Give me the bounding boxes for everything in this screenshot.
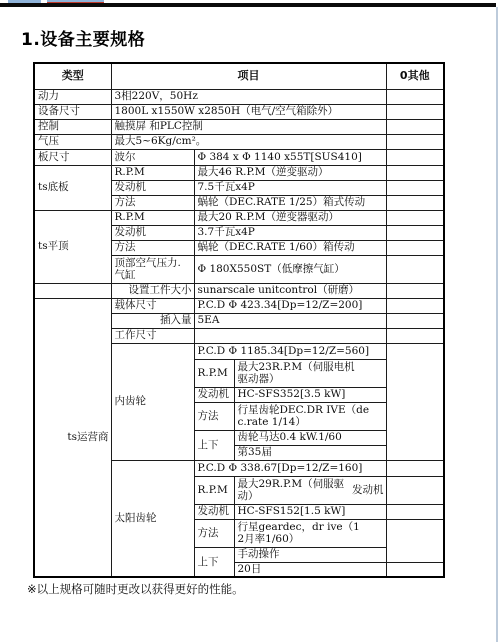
spec-cell: 最大20 R.P.M（逆变器驱动） [194, 210, 386, 225]
other-cell [386, 195, 444, 210]
spec-cell: 蜗轮（DEC.RATE 1/25）箱式传动 [194, 195, 386, 210]
spec-cell: 20日 [234, 562, 386, 577]
other-cell [386, 313, 444, 328]
spec-cell: 最大23R.P.M（伺服电机 驱动器） [234, 359, 386, 387]
table-row: 设置工件大小sunarscale unitcontrol（研磨） [34, 283, 444, 298]
spec-cell: 最大29R.P.M（伺服驱 动）发动机 [234, 476, 386, 504]
other-cell [386, 504, 444, 519]
spec-cell: 发动机 [111, 225, 194, 240]
other-cell [386, 240, 444, 255]
spec-cell: 方法 [194, 519, 234, 547]
row-label: 控制 [34, 119, 111, 134]
other-cell [386, 460, 444, 476]
spec-table: 类型项目0其他动力3相220V，50Hz设备尺寸1800L x1550W x28… [33, 62, 445, 578]
spec-cell: 发动机 [194, 387, 234, 402]
spec-cell: HC-SFS152[1.5 kW] [234, 504, 386, 519]
group-label: ts平顶 [34, 210, 111, 283]
spec-cell: 5EA [194, 313, 386, 328]
table-row: 气压最大5~6Kg/cm²。 [34, 134, 444, 149]
table-row: 板尺寸波尔Φ 384 x Φ 1140 x55T[SUS410] [34, 149, 444, 165]
spec-cell: 最大46 R.P.M（逆变驱动） [194, 165, 386, 180]
other-cell [386, 119, 444, 134]
table-row: ts底板R.P.M最大46 R.P.M（逆变驱动） [34, 165, 444, 180]
page-title: 1.设备主要规格 [21, 25, 145, 50]
spec-cell: 上下 [194, 547, 234, 577]
other-cell [386, 210, 444, 225]
spec-cell: R.P.M [111, 165, 194, 180]
spec-cell: 齿轮马达0.4 kW.1/60 [234, 430, 386, 445]
row-label: 设备尺寸 [34, 104, 111, 119]
spec-cell: P.C.D Φ 1185.34[Dp=12/Z=560] [194, 343, 386, 359]
group-label: 太阳齿轮 [111, 460, 194, 577]
spec-cell: 波尔 [111, 149, 194, 165]
spec-cell: 手动操作 [234, 547, 386, 562]
spec-cell: 行星齿轮DEC.DR IVE（de c.rate 1/14） [234, 402, 386, 430]
other-cell [386, 343, 444, 460]
spec-cell: 最大5~6Kg/cm²。 [111, 134, 386, 149]
spec-cell: R.P.M [194, 476, 234, 504]
cell-side-text: 发动机 [352, 484, 384, 496]
spec-cell [34, 283, 111, 298]
table-row: ts运营商载体尺寸P.C.D Φ 423.34[Dp=12/Z=200] [34, 298, 444, 313]
spec-cell: 载体尺寸 [111, 298, 194, 313]
other-cell [386, 165, 444, 180]
spec-cell: Φ 180X550ST（低摩擦气缸） [194, 255, 386, 283]
row-label: 设置工件大小 [111, 283, 194, 298]
column-header: 类型 [34, 63, 111, 89]
spec-cell: 行星geardec，dr ive（1 2月率1/60） [234, 519, 386, 547]
spec-cell: R.P.M [111, 210, 194, 225]
spec-cell: 工作尺寸 [111, 328, 194, 343]
column-header: 项目 [111, 63, 386, 89]
top-divider-bar [0, 3, 496, 7]
spec-cell: HC-SFS352[3.5 kW] [234, 387, 386, 402]
page-edge-line [496, 7, 498, 642]
column-header: 0其他 [386, 63, 444, 89]
spec-cell: 上下 [194, 430, 234, 460]
table-row: ts平顶R.P.M最大20 R.P.M（逆变器驱动） [34, 210, 444, 225]
footnote: ※以上规格可随时更改以获得更好的性能。 [27, 581, 244, 597]
other-cell [386, 134, 444, 149]
spec-cell: 方法 [111, 195, 194, 210]
spec-cell: 1800L x1550W x2850H（电气/空气箱除外） [111, 104, 386, 119]
spec-cell: 蜗轮（DEC.RATE 1/60）箱传动 [194, 240, 386, 255]
spec-cell: 3.7千瓦x4P [194, 225, 386, 240]
spec-cell: 触摸屏 和PLC控制 [111, 119, 386, 134]
other-cell [386, 104, 444, 119]
document-page: 1.设备主要规格 类型项目0其他动力3相220V，50Hz设备尺寸1800L x… [0, 0, 504, 642]
spec-cell: 插入量 [111, 313, 194, 328]
other-cell [386, 298, 444, 313]
table-row: 控制触摸屏 和PLC控制 [34, 119, 444, 134]
spec-cell: 3相220V，50Hz [111, 89, 386, 104]
spec-cell: Φ 384 x Φ 1140 x55T[SUS410] [194, 149, 386, 165]
other-cell [386, 225, 444, 240]
other-cell [386, 562, 444, 577]
spec-cell: 方法 [194, 402, 234, 430]
spec-cell [194, 328, 386, 343]
row-label: 板尺寸 [34, 149, 111, 165]
other-cell [386, 519, 444, 562]
other-cell [386, 89, 444, 104]
spec-cell: 发动机 [111, 180, 194, 195]
other-cell [386, 476, 444, 504]
group-label: ts底板 [34, 165, 111, 210]
spec-cell: P.C.D Φ 423.34[Dp=12/Z=200] [194, 298, 386, 313]
row-label: 动力 [34, 89, 111, 104]
other-cell [386, 255, 444, 283]
table-row: 设备尺寸1800L x1550W x2850H（电气/空气箱除外） [34, 104, 444, 119]
group-label: 内齿轮 [111, 343, 194, 460]
spec-cell: 7.5千瓦x4P [194, 180, 386, 195]
spec-cell: 顶部空气压力. 气缸 [111, 255, 194, 283]
other-cell [386, 283, 444, 298]
spec-cell: sunarscale unitcontrol（研磨） [194, 283, 386, 298]
spec-cell: 第35届 [234, 445, 386, 460]
group-label: ts运营商 [34, 298, 111, 577]
spec-cell: 发动机 [194, 504, 234, 519]
row-label: 气压 [34, 134, 111, 149]
other-cell [386, 149, 444, 165]
table-row: 动力3相220V，50Hz [34, 89, 444, 104]
spec-cell: R.P.M [194, 359, 234, 387]
spec-cell: P.C.D Φ 338.67[Dp=12/Z=160] [194, 460, 386, 476]
other-cell [386, 180, 444, 195]
other-cell [386, 328, 444, 343]
cell-text: 最大29R.P.M（伺服驱 动） [238, 478, 345, 502]
spec-cell: 方法 [111, 240, 194, 255]
